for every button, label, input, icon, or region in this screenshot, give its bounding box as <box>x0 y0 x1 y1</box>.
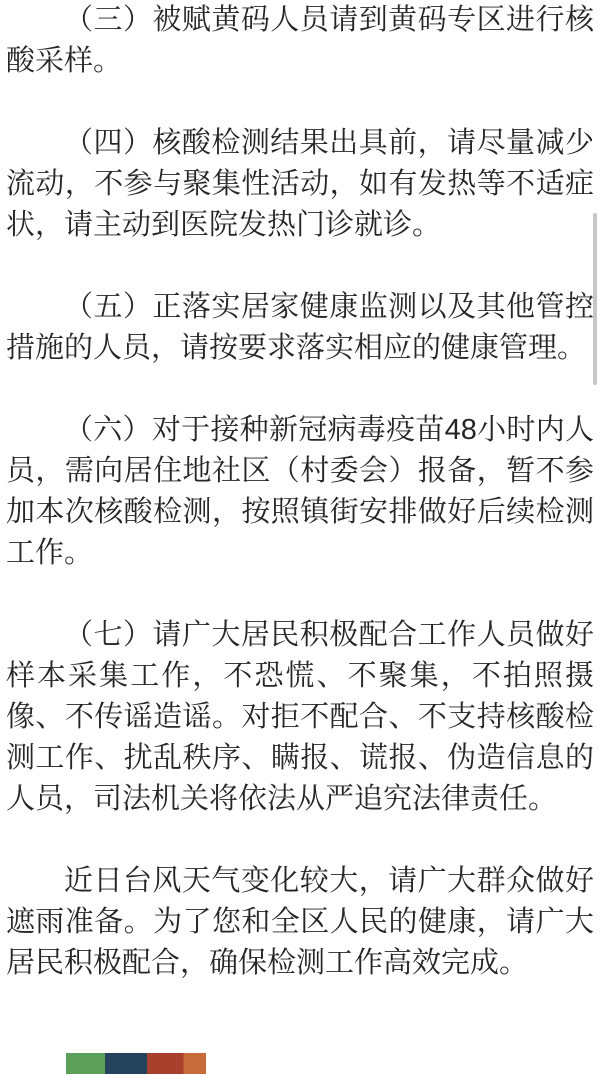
paragraph-item-6: （六）对于接种新冠病毒疫苗48小时内人员，需向居住地社区（村委会）报备，暂不参加… <box>6 410 594 574</box>
paragraph-item-7: （七）请广大居民积极配合工作人员做好样本采集工作，不恐慌、不聚集，不拍照摄像、不… <box>6 615 594 820</box>
paragraph-item-3: （三）被赋黄码人员请到黄码专区进行核酸采样。 <box>6 0 594 82</box>
footer-image-sliver[interactable] <box>66 1053 206 1074</box>
paragraph-closing: 近日台风天气变化较大，请广大群众做好遮雨准备。为了您和全区人民的健康，请广大居民… <box>6 861 594 984</box>
article-body: （三）被赋黄码人员请到黄码专区进行核酸采样。 （四）核酸检测结果出具前，请尽量减… <box>0 0 600 984</box>
paragraph-item-4: （四）核酸检测结果出具前，请尽量减少流动，不参与聚集性活动，如有发热等不适症状，… <box>6 123 594 246</box>
scrollbar-thumb[interactable] <box>593 213 597 385</box>
paragraph-item-5: （五）正落实居家健康监测以及其他管控措施的人员，请按要求落实相应的健康管理。 <box>6 287 594 369</box>
article-page: （三）被赋黄码人员请到黄码专区进行核酸采样。 （四）核酸检测结果出具前，请尽量减… <box>0 0 600 1074</box>
